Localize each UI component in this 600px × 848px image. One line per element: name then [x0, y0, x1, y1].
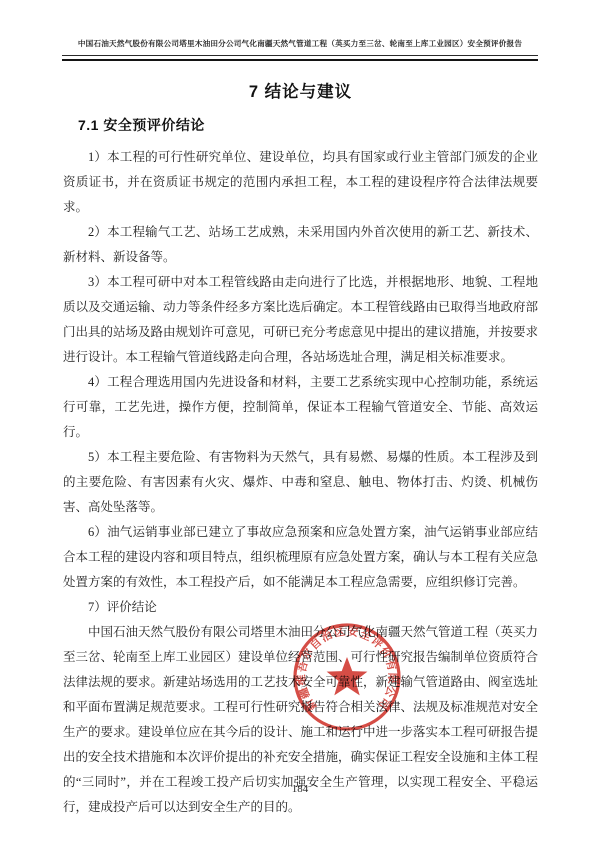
- paragraph-6: 6）油气运销事业部已建立了事故应急预案和应急处置方案，油气运销事业部应结合本工程…: [63, 520, 538, 595]
- running-header: 中国石油天然气股份有限公司塔里木油田分公司气化南疆天然气管道工程（英买力至三岔、…: [40, 38, 560, 49]
- header-divider: [62, 55, 538, 61]
- chapter-title: 7 结论与建议: [63, 78, 538, 102]
- paragraph-5: 5）本工程主要危险、有害物料为天然气，具有易燃、易爆的性质。本工程涉及到的主要危…: [63, 445, 538, 520]
- section-title: 7.1 安全预评价结论: [63, 115, 538, 135]
- paragraph-7: 7）评价结论: [63, 595, 538, 620]
- page-content: 7 结论与建议 7.1 安全预评价结论 1）本工程的可行性研究单位、建设单位，均…: [63, 78, 538, 820]
- report-page: 中国石油天然气股份有限公司塔里木油田分公司气化南疆天然气管道工程（英买力至三岔、…: [0, 0, 600, 848]
- paragraph-3: 3）本工程可研中对本工程管线路由走向进行了比选，并根据地形、地貌、工程地质以及交…: [63, 270, 538, 370]
- paragraph-2: 2）本工程输气工艺、站场工艺成熟，未采用国内外首次使用的新工艺、新技术、新材料、…: [63, 220, 538, 270]
- body-text: 1）本工程的可行性研究单位、建设单位，均具有国家或行业主管部门颁发的企业资质证书…: [63, 145, 538, 820]
- paragraph-4: 4）工程合理选用国内先进设备和材料，主要工艺系统实现中心控制功能，系统运行可靠，…: [63, 370, 538, 445]
- paragraph-1: 1）本工程的可行性研究单位、建设单位，均具有国家或行业主管部门颁发的企业资质证书…: [63, 145, 538, 220]
- page-number: 184: [0, 783, 600, 795]
